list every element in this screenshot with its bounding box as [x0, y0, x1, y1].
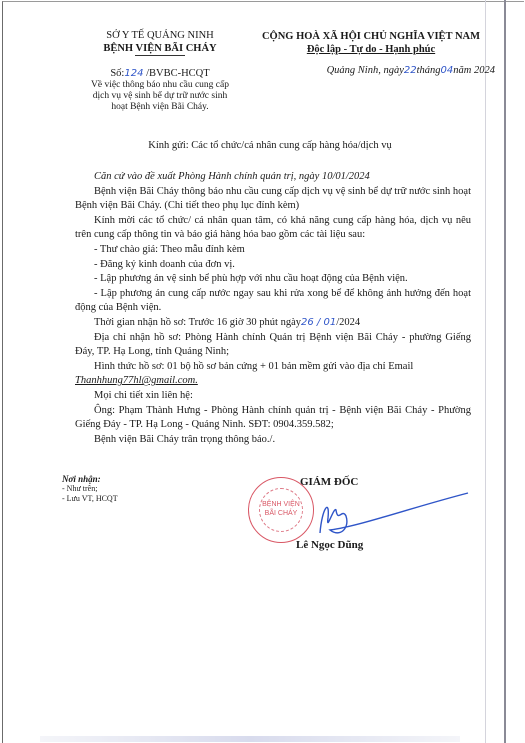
addressee: Kính gửi: Các tổ chức/cá nhân cung cấp h… [60, 140, 480, 151]
subject-block: Về việc thông báo nhu cầu cung cấp dịch … [60, 80, 260, 113]
scan-edge-inner [485, 0, 486, 743]
paragraph-2: Kính mời các tổ chức/ cá nhân quan tâm, … [75, 214, 471, 243]
scan-shadow [40, 736, 460, 742]
basis-line: Căn cứ vào đề xuất Phòng Hành chính quản… [75, 170, 471, 185]
national-motto: Độc lập - Tự do - Hạnh phúc [240, 43, 502, 56]
nation-name: CỘNG HOÀ XÃ HỘI CHỦ NGHĨA VIỆT NAM [240, 30, 502, 43]
document-body: Căn cứ vào đề xuất Phòng Hành chính quản… [75, 170, 471, 447]
recipients-title: Nơi nhận: [62, 474, 192, 484]
issuer-block: SỞ Y TẾ QUẢNG NINH BỆNH VIỆN BÃI CHÁY [60, 29, 260, 56]
list-item: - Lập phương án cung cấp nước ngay sau k… [75, 287, 471, 316]
handwritten-day: 22 [404, 65, 417, 76]
divider [135, 55, 185, 56]
handwritten-number: 124 [124, 68, 143, 79]
date-line: Quảng Ninh, ngày22tháng04năm 2024 [270, 65, 495, 76]
recipient-item: - Lưu VT, HCQT [62, 494, 192, 504]
form-line: Hình thức hồ sơ: 01 bộ hồ sơ bản cứng + … [75, 360, 471, 375]
paragraph-1: Bệnh viện Bãi Cháy thông báo nhu cầu cun… [75, 185, 471, 214]
email-line: Thanhhung77hl@gmail.com. [75, 374, 471, 389]
contact-intro: Mọi chi tiết xin liên hệ: [75, 389, 471, 404]
address-line: Địa chỉ nhận hồ sơ: Phòng Hành chính Quả… [75, 331, 471, 360]
recipients-block: Nơi nhận: - Như trên; - Lưu VT, HCQT [62, 474, 192, 504]
ministry-name: SỞ Y TẾ QUẢNG NINH [60, 29, 260, 42]
closing-line: Bệnh viện Bãi Cháy trân trọng thông báo.… [75, 433, 471, 448]
deadline-line: Thời gian nhận hồ sơ: Trước 16 giờ 30 ph… [75, 316, 471, 331]
email-link[interactable]: Thanhhung77hl@gmail.com. [75, 375, 198, 386]
hospital-name: BỆNH VIỆN BÃI CHÁY [60, 42, 260, 55]
handwritten-month: 04 [441, 65, 454, 76]
signer-name: Lê Ngọc Dũng [296, 539, 416, 551]
contact-line: Ông: Phạm Thành Hưng - Phòng Hành chính … [75, 404, 471, 433]
handwritten-deadline-day: 26 [301, 317, 314, 328]
list-item: - Thư chào giá: Theo mẫu đính kèm [75, 243, 471, 258]
list-item: - Đăng ký kinh doanh của đơn vị. [75, 258, 471, 273]
recipient-item: - Như trên; [62, 484, 192, 494]
reference-number: Số:124 /BVBC-HCQT [60, 67, 260, 80]
signer-title: GIÁM ĐỐC [300, 476, 420, 488]
list-item: - Lập phương án vệ sinh bể phù hợp với n… [75, 272, 471, 287]
handwritten-deadline-month: 01 [323, 317, 336, 328]
scan-edge [504, 0, 506, 743]
national-header: CỘNG HOÀ XÃ HỘI CHỦ NGHĨA VIỆT NAM Độc l… [240, 30, 502, 56]
